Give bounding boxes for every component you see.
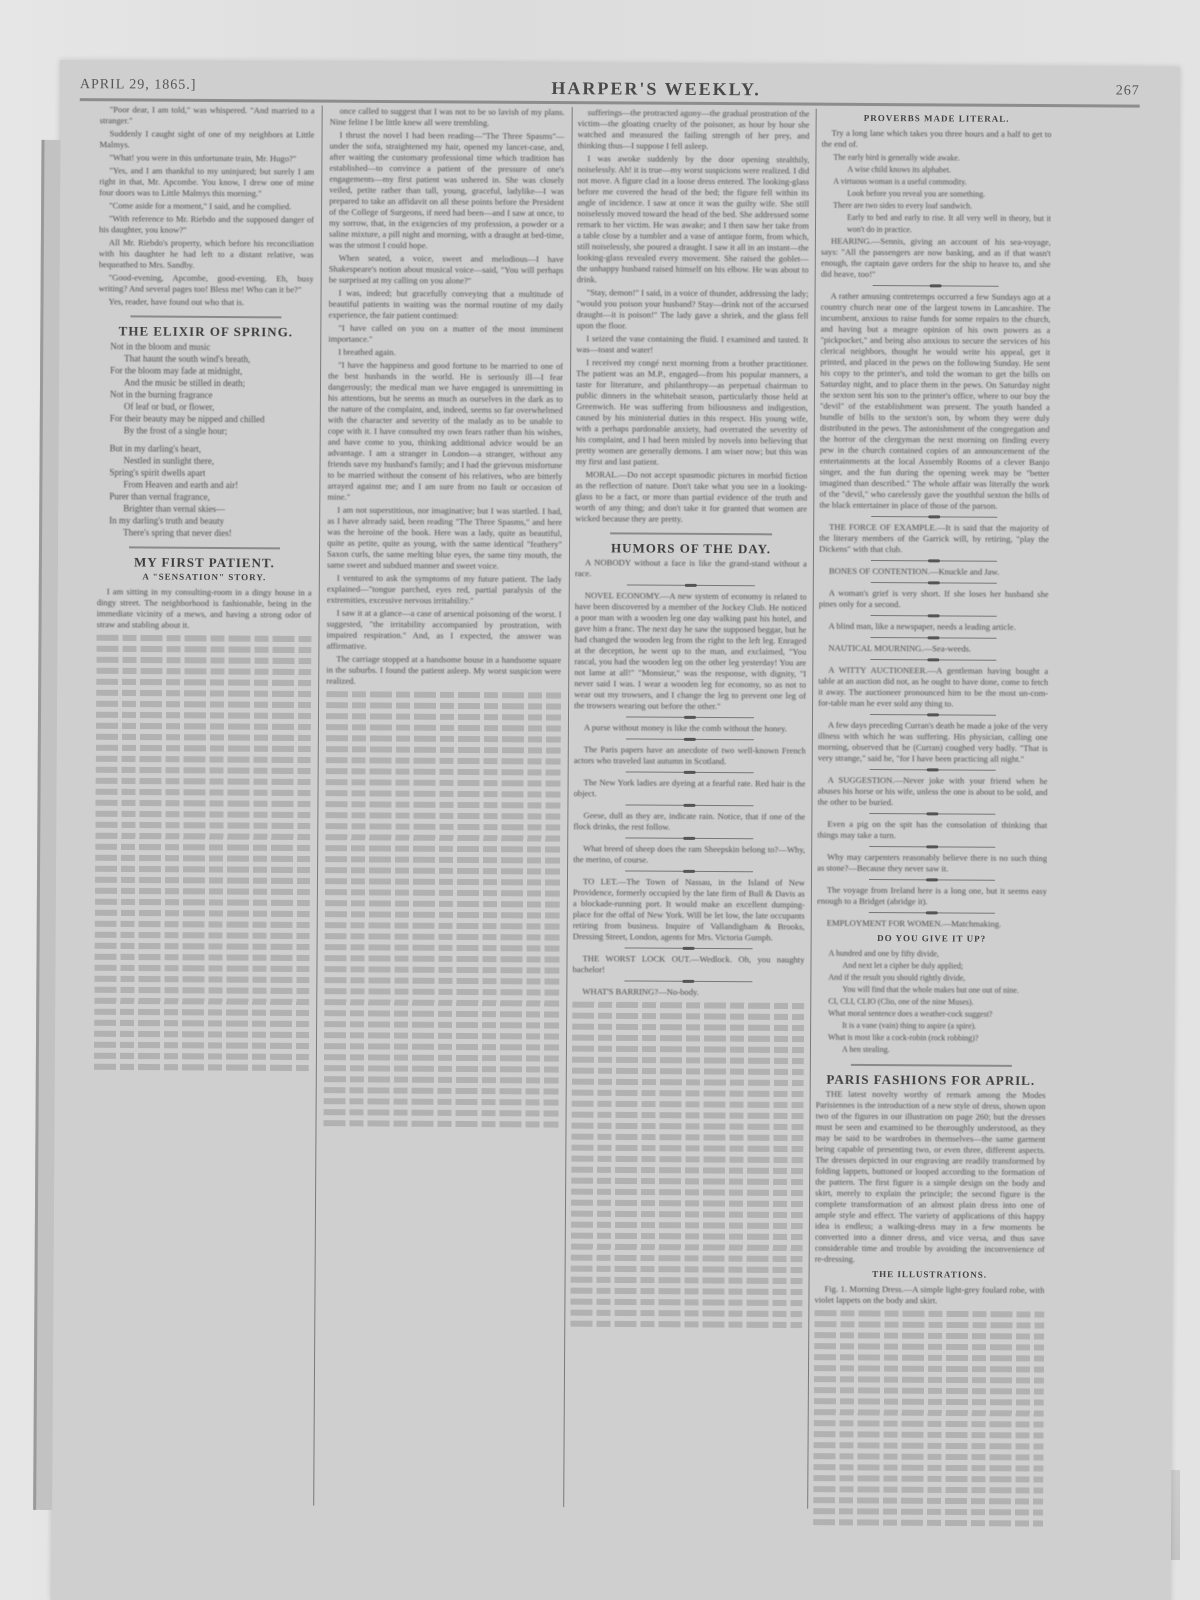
text-line [324,1065,559,1072]
paragraph: "Yes, and I am thankful to my uninjured;… [99,165,314,199]
text-line [571,1200,803,1207]
paragraph: Yes, reader, have found out who that is. [98,296,313,308]
text-line [813,1519,1043,1526]
text-line [96,712,311,719]
text-line [96,723,311,730]
riddle-title: DO YOU GIVE IT UP? [817,933,1047,945]
paragraph: sufferings—the protracted agony—the grad… [577,107,809,152]
text-line [325,801,560,808]
item-separator [869,813,996,815]
text-line [572,1046,804,1053]
item-separator [627,584,755,586]
text-line [814,1354,1044,1361]
text-line [571,1167,803,1174]
paragraph: I seized the vase containing the fluid. … [576,333,808,356]
text-line [570,1299,802,1306]
text-line [95,888,310,895]
riddle-line: A hen stealing. [828,1044,1046,1057]
paragraph: I breathed again. [328,347,563,359]
text-line [96,767,311,774]
text-line [325,933,560,940]
story-opening: I am sitting in my consulting-room in a … [97,586,312,631]
text-line [95,811,310,818]
text-line [570,1310,802,1317]
fashions-title: PARIS FASHIONS FOR APRIL. [816,1074,1046,1086]
paragraph: All Mr. Riebdo's property, which before … [99,237,314,271]
text-line [325,911,560,918]
joke-item: Why may carpenters reasonably believe th… [817,852,1047,875]
paragraph: I am not superstitious, nor imaginative;… [327,505,562,572]
riddle-extra: What moral sentence does a weather-cock … [816,1008,1046,1057]
text-line [324,966,559,973]
page-number: 267 [1116,83,1140,99]
text-line [814,1310,1044,1317]
proverbs-intro: Try a long lane which takes you three ho… [821,128,1051,151]
humors-items: A NOBODY without a face is like the gran… [572,557,807,998]
text-line [326,746,561,753]
text-line [326,702,561,709]
illegible-text-block [323,689,561,1130]
text-line [326,735,561,742]
text-line [814,1398,1044,1405]
text-line [571,1233,803,1240]
text-line [96,679,311,686]
proverbs-title: PROVERBS MADE LITERAL. [822,113,1052,125]
paragraph: I thrust the novel I had been reading—"T… [329,130,565,252]
issue-date: APRIL 29, 1865.] [80,77,197,94]
humor-item: THE WORST LOCK OUT.—Wedlock. Oh, you nau… [572,953,804,976]
text-line [326,691,561,698]
joke-item: A woman's grief is very short. If she lo… [819,588,1049,611]
humor-item: A NOBODY without a face is like the gran… [575,557,807,580]
text-line [94,1031,309,1038]
item-separator [625,837,753,839]
text-line [814,1387,1044,1394]
section-rule [850,1064,1011,1067]
joke-item: Even a pig on the spit has the consolati… [817,819,1047,842]
humor-item: What breed of sheep does the ram Sheepsk… [573,843,805,866]
text-line [571,1156,803,1163]
text-line [325,834,560,841]
humor-item: The Paris papers have an anecdote of two… [574,744,806,767]
column-2: once called to suggest that I was not to… [321,106,565,1557]
paragraph: "Stay, demon!" I said, in a voice of thu… [576,287,808,332]
humor-item: A purse without money is like the comb w… [574,722,806,734]
item-separator [870,637,997,639]
text-line [325,878,560,885]
joke-item: A SUGGESTION.—Never joke with your frien… [817,775,1047,809]
illustrations-heading: THE ILLUSTRATIONS. [815,1269,1045,1281]
text-line [571,1134,803,1141]
joke-item: A few days preceding Curran's death he m… [818,720,1048,765]
text-line [95,800,310,807]
humor-item: WHAT'S BARRING?—No-body. [572,986,804,998]
item-separator [869,769,996,771]
item-separator [871,516,998,518]
column-1: "Poor dear, I am told," was whispered. "… [91,104,315,1555]
text-line [571,1145,803,1152]
paragraph: I was awoke suddenly by the door opening… [577,153,810,286]
text-line [95,844,310,851]
text-line [94,998,309,1005]
joke-item: BONES OF CONTENTION.—Knuckle and Jaw. [819,566,1049,578]
text-line [324,1032,559,1039]
humor-item: TO LET.—The Town of Nassau, in the Islan… [573,876,805,943]
paragraph: "Good-evening, Apcombe, good-evening. Eh… [99,272,314,295]
text-line [325,944,560,951]
text-line [571,1189,803,1196]
paragraph: once called to suggest that I was not to… [330,106,565,129]
text-line [814,1321,1044,1328]
text-line [813,1453,1043,1460]
paragraph: I ventured to ask the symptoms of my fut… [327,573,562,607]
joke-item: A WITTY AUCTIONEER.—A gentleman having b… [818,665,1048,710]
text-line [572,1068,804,1075]
text-line [814,1343,1044,1350]
text-line [572,1002,804,1009]
text-line [96,635,311,642]
text-line [325,856,560,863]
text-line [324,1054,559,1061]
text-line [94,976,309,983]
text-line [94,965,309,972]
item-separator [870,714,997,716]
text-line [95,833,310,840]
story-body: once called to suggest that I was not to… [326,106,565,688]
text-line [96,734,311,741]
text-line [814,1332,1044,1339]
item-separator [870,659,997,661]
item-separator [869,846,996,848]
text-line [572,1079,804,1086]
illegible-text-block [570,999,804,1330]
item-separator [625,980,753,982]
publication-title: HARPER'S WEEKLY. [551,78,761,100]
text-line [95,877,310,884]
text-line [96,789,311,796]
text-line [814,1376,1044,1383]
item-separator [869,912,996,914]
illegible-text-block [813,1308,1044,1529]
text-line [813,1475,1043,1482]
column-divider [313,106,323,1506]
item-separator [625,947,753,949]
joke-item: THE FORCE OF EXAMPLE.—It is said that th… [819,522,1049,556]
paragraph: "What! you were in this unfortunate trai… [99,152,314,164]
fashions-body: THE latest novelty worthy of remark amon… [815,1089,1046,1266]
column-3: sufferings—the protracted agony—the grad… [569,107,810,1558]
humors-title: HUMORS OF THE DAY. [575,542,807,554]
humor-item: Geese, dull as they are, indicate rain. … [573,810,805,833]
paragraph: I saw it at a glance—a case of arsenical… [326,608,561,653]
text-line [325,845,560,852]
text-line [814,1409,1044,1416]
text-line [326,779,561,786]
newspaper-page: APRIL 29, 1865.] HARPER'S WEEKLY. 267 "P… [51,60,1180,1600]
text-line [94,1064,309,1071]
text-line [94,1020,309,1027]
text-line [95,866,310,873]
text-line [95,954,310,961]
text-line [813,1486,1043,1493]
section-rule [131,315,282,318]
text-line [572,1013,804,1020]
section-rule [610,532,772,535]
item-separator [872,285,999,287]
poem-line: There's spring that never dies! [109,526,312,539]
paragraph: MORAL.—Do not accept spasmodic pictures … [575,469,807,525]
joke-item: A rather amusing contretemps occurred a … [819,291,1050,512]
text-line [572,1024,804,1031]
paragraph: "I have called on you on a matter of the… [328,323,563,346]
text-line [814,1420,1044,1427]
text-line [323,1120,558,1127]
item-separator [626,716,754,718]
joke-item: EMPLOYMENT FOR WOMEN.—Matchmaking. [817,918,1047,930]
text-line [95,943,310,950]
text-line [325,922,560,929]
paragraph: "With reference to Mr. Riebdo and the su… [99,213,314,236]
section-rule [129,546,280,549]
illegible-text-block [94,632,312,1073]
item-separator [626,738,754,740]
text-line [94,1009,309,1016]
text-line [572,1090,804,1097]
text-line [96,778,311,785]
jokes-list: HEARING.—Sennis, giving an account of hi… [817,236,1051,930]
text-line [324,999,559,1006]
item-separator [626,804,754,806]
text-line [96,690,311,697]
joke-item: HEARING.—Sennis, giving an account of hi… [821,236,1051,281]
text-line [96,646,311,653]
paragraph: "Poor dear, I am told," was whispered. "… [100,104,315,127]
text-line [326,724,561,731]
text-line [570,1321,802,1328]
text-line [94,1053,309,1060]
text-line [324,1076,559,1083]
poem-line: By the frost of a single hour; [110,424,313,437]
text-line [324,977,559,984]
text-line [95,921,310,928]
text-line [94,987,309,994]
text-line [324,1098,559,1105]
text-line [95,855,310,862]
text-line [571,1178,803,1185]
paragraph: Suddenly I caught sight of one of my nei… [99,128,314,151]
paragraph: When seated, a voice, sweet and melodiou… [329,253,564,287]
text-line [324,1087,559,1094]
text-line [571,1123,803,1130]
paragraph: The carriage stopped at a handsome house… [326,654,561,688]
joke-item: NAUTICAL MOURNING.—Sea-weeds. [818,643,1048,655]
text-line [571,1244,803,1251]
text-line [572,1035,804,1042]
story-subtitle: A "SENSATION" STORY. [97,571,312,583]
text-line [572,1101,804,1108]
text-line [96,756,311,763]
story-continued: "Poor dear, I am told," was whispered. "… [98,104,314,308]
item-separator [626,771,754,773]
text-line [96,701,311,708]
text-line [572,1112,804,1119]
item-separator [869,879,996,881]
text-line [96,745,311,752]
joke-item: The voyage from Ireland here is a long o… [817,885,1047,908]
text-line [571,1277,803,1284]
joke-item: A blind man, like a newspaper, needs a l… [819,621,1049,633]
text-line [326,768,561,775]
text-line [814,1365,1044,1372]
text-line [571,1266,803,1273]
text-line [814,1431,1044,1438]
text-line [813,1464,1043,1471]
text-line [96,668,311,675]
item-separator [870,615,997,617]
item-separator [871,582,998,584]
poem-stanza-1: Not in the bloom and musicThat haunt the… [98,340,314,437]
riddle-verse: A hundred and one by fifty divide,And ne… [816,948,1046,1009]
text-line [572,1057,804,1064]
text-line [814,1442,1044,1449]
text-line [95,910,310,917]
paragraph: "I have the happiness and good fortune t… [327,360,563,504]
text-line [325,900,560,907]
text-line [326,713,561,720]
text-line [325,889,560,896]
humor-item: NOVEL ECONOMY.—A new system of economy i… [574,590,807,712]
text-line [326,757,561,764]
humor-item: The New York ladies are dyeing at a fear… [573,777,805,800]
text-line [94,1042,309,1049]
text-line [325,867,560,874]
column-4: PROVERBS MADE LITERAL. Try a long lane w… [813,109,1052,1560]
text-line [324,988,559,995]
text-line [324,1010,559,1017]
illustrations-body: Fig. 1. Morning Dress.—A simple light-gr… [814,1284,1044,1307]
text-line [324,1109,559,1116]
text-line [325,955,560,962]
text-line [325,823,560,830]
paragraph: "Come aside for a moment," I said, and h… [99,200,314,212]
text-line [95,822,310,829]
item-separator [625,870,753,872]
poem-stanza-2: But in my darling's heart,Nestled in sun… [97,442,313,539]
proverbs-list: The early bird is generally wide awake.A… [821,152,1052,237]
text-line [96,657,311,664]
text-line [570,1288,802,1295]
text-line [324,1021,559,1028]
text-line [813,1497,1043,1504]
proverb-line: Early to bed and early to rise. It all v… [833,212,1051,237]
text-line [95,932,310,939]
text-line [95,899,310,906]
text-line [571,1255,803,1262]
text-line [813,1508,1043,1515]
paragraph: I received my congé next morning from a … [576,357,809,468]
text-line [326,790,561,797]
paragraph: I was, indeed; but gracefully conveying … [328,288,563,322]
text-line [571,1211,803,1218]
text-line [571,1222,803,1229]
item-separator [871,560,998,562]
text-line [324,1043,559,1050]
text-line [325,812,560,819]
story-title: MY FIRST PATIENT. [97,556,312,568]
poem-title: THE ELIXIR OF SPRING. [98,325,313,337]
story-ending: sufferings—the protracted agony—the grad… [575,107,810,525]
